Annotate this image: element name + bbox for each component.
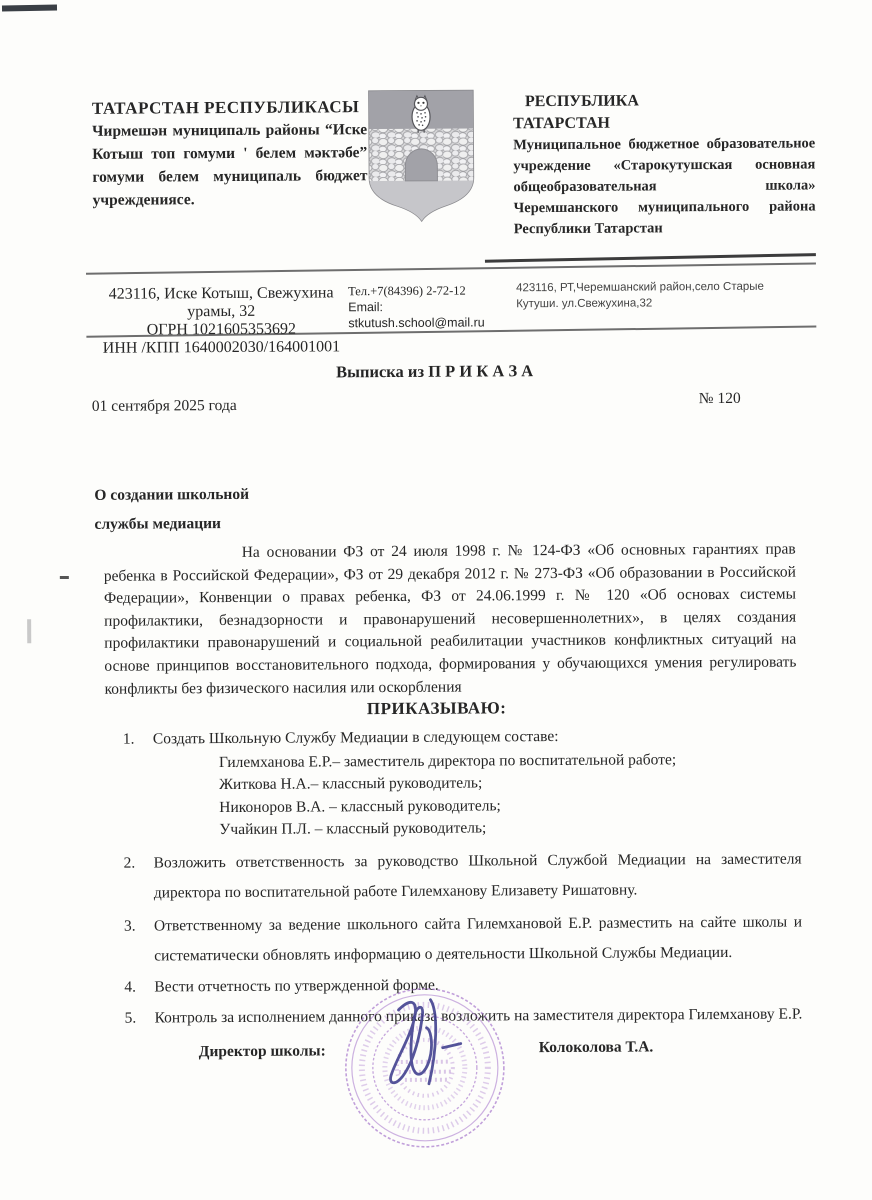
phone-number: Тел.+7(84396) 2-72-12 — [348, 282, 513, 299]
coat-of-arms — [363, 85, 480, 228]
scanned-document-page: ТАТАРСТАН РЕСПУБЛИКАСЫ Чирмешән муниципа… — [0, 0, 872, 1200]
org-name-tatar: ТАТАРСТАН РЕСПУБЛИКАСЫ Чирмешән муниципа… — [92, 95, 368, 212]
item-text: Ответственному за ведение школьного сайт… — [154, 907, 802, 971]
item-text: Создать Школьную Службу Медиации в следу… — [153, 724, 801, 751]
document-subject: О создании школьной службы медиации — [94, 480, 249, 539]
org-name-russian: РЕСПУБЛИКА ТАТАРСТАН Муниципальное бюдже… — [513, 89, 816, 240]
header-divider-line — [86, 263, 816, 275]
contact-line: 423116, Иске Котыш, Свежухина урамы, 32 — [90, 284, 352, 322]
org-title-tatar: ТАТАРСТАН РЕСПУБЛИКАСЫ — [92, 95, 367, 120]
document-content: ТАТАРСТАН РЕСПУБЛИКАСЫ Чирмешән муниципа… — [0, 0, 872, 1200]
arch-opening — [405, 149, 437, 181]
header-underline-right — [485, 253, 816, 262]
order-item-1: 1. Создать Школьную Службу Медиации в сл… — [123, 724, 802, 843]
order-item-2: 2. Возложить ответственность за руководс… — [124, 844, 802, 908]
mediation-members: Гилемханова Е.Р.– заместитель директора … — [153, 749, 802, 843]
item-text: Возложить ответственность за руководство… — [154, 844, 802, 908]
member-line: Учайкин П.Л. – классный руководитель; — [219, 816, 801, 842]
document-title: Выписка из П Р И К А З А — [0, 359, 871, 384]
document-number: № 120 — [699, 390, 741, 408]
order-item-3: 3. Ответственному за ведение школьного с… — [124, 907, 802, 971]
org-title-russian-2: ТАТАРСТАН — [513, 111, 815, 135]
item-number: 1. — [123, 728, 135, 751]
prikaz-heading: ПРИКАЗЫВАЮ: — [1, 696, 872, 721]
contacts-address-tatar: 423116, Иске Котыш, Свежухина урамы, 32 … — [90, 284, 352, 358]
signature-label: Директор школы: — [199, 1042, 326, 1061]
email-address: stkutush.school@mail.ru — [348, 314, 513, 331]
item-number: 2. — [124, 848, 136, 878]
contacts-phone-email: Тел.+7(84396) 2-72-12 Email: stkutush.sc… — [348, 282, 513, 331]
subject-line-2: службы медиации — [94, 509, 249, 539]
contact-line: ОГРН 1021605353692 — [90, 320, 352, 340]
subject-line-1: О создании школьной — [94, 480, 249, 510]
scan-artifact-line — [27, 619, 31, 643]
contact-line: Кутуши. ул.Свежухина,32 — [516, 294, 806, 312]
contact-line: ИНН /КПП 1640002030/164001001 — [90, 338, 352, 358]
contact-line: 423116, РТ,Черемшанский район,село Стары… — [516, 278, 806, 296]
email-label: Email: — [348, 298, 513, 315]
document-date: 01 сентября 2025 года — [92, 397, 237, 416]
org-body-tatar: Чирмешән муниципаль районы “Иске Котыш т… — [92, 118, 368, 212]
preamble-paragraph: На основании ФЗ от 24 июля 1998 г. № 124… — [104, 539, 797, 701]
handwritten-signature — [364, 991, 495, 1102]
org-body-russian: Муниципальное бюджетное образовательное … — [513, 133, 816, 240]
item-number: 5. — [124, 1003, 136, 1033]
contacts-address-russian: 423116, РТ,Черемшанский район,село Стары… — [516, 278, 806, 312]
signature-name: Колоколова Т.А. — [539, 1038, 654, 1057]
org-title-russian-1: РЕСПУБЛИКА — [513, 89, 815, 113]
owl-icon — [412, 96, 430, 133]
scan-artifact-dash — [60, 576, 69, 579]
item-number: 3. — [124, 911, 136, 941]
item-number: 4. — [124, 974, 136, 1000]
